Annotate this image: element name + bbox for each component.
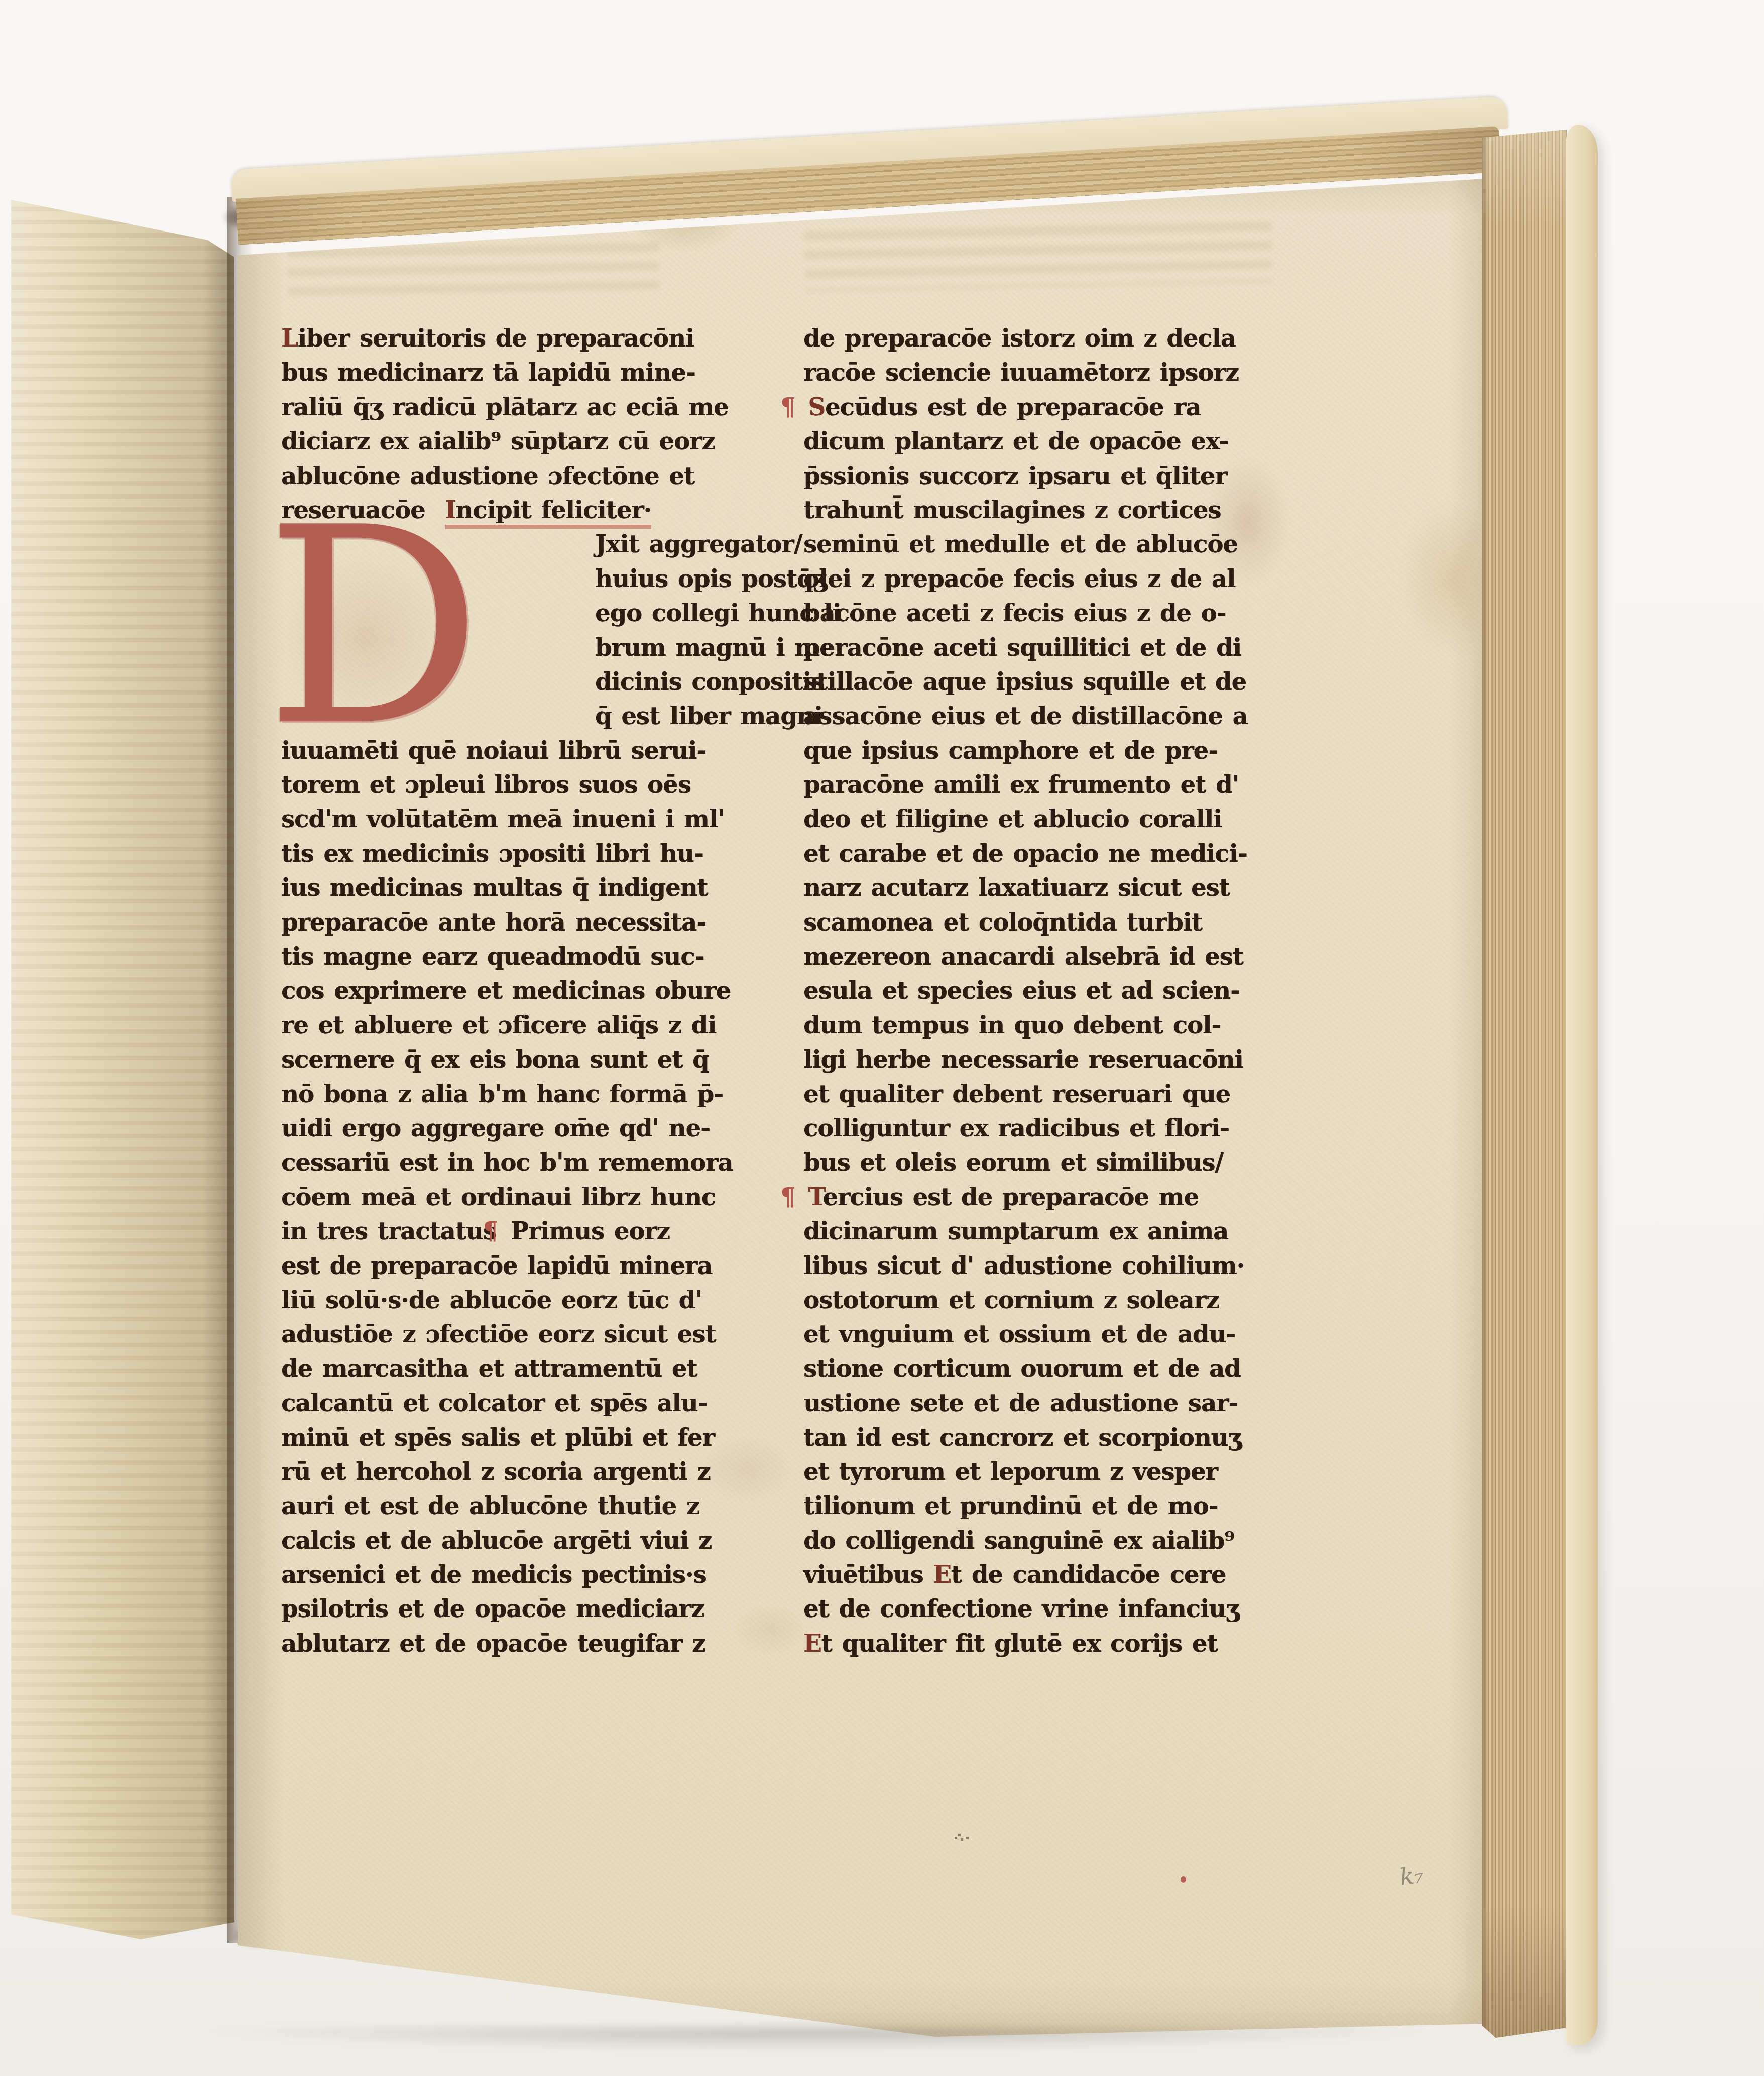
text-line: uidi ergo aggregare om̄e qd' ne-: [281, 1111, 751, 1145]
text-line: diciarz ex aialib⁹ sūptarz cū eorz: [281, 424, 751, 458]
text-line: viuētibus Et de candidacōe cere: [803, 1558, 1273, 1592]
text-line: esula et species eius et ad scien-: [803, 974, 1273, 1008]
text-line: ablutarz et de opacōe teugifar z: [281, 1627, 751, 1661]
book-shadow: [35, 2028, 1597, 2057]
text-line: seminū et medulle et de ablucōe: [803, 527, 1273, 561]
text-column-right: de preparacōe istorz oim z declaracōe sc…: [803, 321, 1273, 1661]
text-line: bacōne aceti z fecis eius z de o-: [803, 596, 1273, 630]
text-line: arsenici et de medicis pectinis·s: [281, 1558, 751, 1592]
text-line: p̄ssionis succorz ipsaru et q̄liter: [803, 459, 1273, 493]
cover-edge: [1566, 125, 1598, 2045]
text-line: ¶ Tercius est de preparacōe me: [803, 1180, 1273, 1214]
text-line: mezereon anacardi alsebrā id est: [803, 940, 1273, 974]
text-line: bus et oleis eorum et similibus/: [803, 1145, 1273, 1180]
text-line: ostotorum et cornium z solearz: [803, 1283, 1273, 1317]
text-line: scernere q̄ ex eis bona sunt et q̄: [281, 1043, 751, 1077]
text-line: stione corticum ouorum et de ad: [803, 1352, 1273, 1386]
text-line: re et abluere et ɔficere aliq̄s z di: [281, 1008, 751, 1043]
text-line: paracōne amili ex frumento et d': [803, 768, 1273, 802]
text-line: stillacōe aque ipsius squille et de: [803, 665, 1273, 699]
text-line: bus medicinarz tā lapidū mine-: [281, 356, 751, 390]
text-line: et tyrorum et leporum z vesper: [803, 1455, 1273, 1489]
text-line: dicinarum sumptarum ex anima: [803, 1214, 1273, 1248]
text-line: Et qualiter fit glutē ex corijs et: [803, 1627, 1273, 1661]
text-line: cos exprimere et medicinas obure: [281, 974, 751, 1008]
text-line: racōe sciencie iuuamētorz ipsorz: [803, 356, 1273, 390]
text-line: tilionum et prundinū et de mo-: [803, 1489, 1273, 1523]
text-line: reseruacōe Incipit feliciter·: [281, 493, 751, 527]
text-line: tan id est cancrorz et scorpionuʒ: [803, 1421, 1273, 1455]
text-line: scamonea et coloq̄ntida turbit: [803, 905, 1273, 940]
text-line: ablucōne adustione ɔfectōne et: [281, 459, 751, 493]
text-line: est de preparacōe lapidū minera: [281, 1249, 751, 1283]
text-line: Jxit aggregator/: [595, 527, 751, 561]
text-line: ius medicinas multas q̄ indigent: [281, 871, 751, 905]
text-line: scd'm volūtatēm meā inueni i ml': [281, 802, 751, 836]
text-line: calcantū et colcator et spēs alu-: [281, 1386, 751, 1420]
text-line: dicum plantarz et de opacōe ex-: [803, 424, 1273, 458]
text-line: brum magnū i me: [595, 631, 751, 665]
text-line: iuuamēti quē noiaui librū serui-: [281, 734, 751, 768]
recto-page: D Liber seruitoris de preparacōnibus med…: [238, 171, 1484, 2037]
text-line: auri et est de ablucōne thutie z: [281, 1489, 751, 1523]
text-line: et carabe et de opacio ne medici-: [803, 837, 1273, 871]
text-line: tis magne earz queadmodū suc-: [281, 940, 751, 974]
text-line: libus sicut d' adustione cohilium·: [803, 1249, 1273, 1283]
text-line: dum tempus in quo debent col-: [803, 1008, 1273, 1043]
text-line: de preparacōe istorz oim z decla: [803, 321, 1273, 356]
text-line: liū solū·s·de ablucōe eorz tūc d': [281, 1283, 751, 1317]
text-column-left: Liber seruitoris de preparacōnibus medic…: [281, 321, 751, 1661]
text-line: ego collegi hunc li: [595, 596, 751, 630]
text-line: q̄ est liber magni: [595, 699, 751, 733]
text-line: dicinis conpositis: [595, 665, 751, 699]
showthrough-ghost-left: [287, 243, 660, 302]
text-line: do colligendi sanguinē ex aialib⁹: [803, 1524, 1273, 1558]
text-line: que ipsius camphore et de pre-: [803, 734, 1273, 768]
left-facing-page: [11, 181, 234, 1951]
text-line: et vnguium et ossium et de adu-: [803, 1317, 1273, 1351]
text-line: ¶ Secūdus est de preparacōe ra: [803, 390, 1273, 424]
text-line: narz acutarz laxatiuarz sicut est: [803, 871, 1273, 905]
text-line: trahunt̄ muscilagines z cortices: [803, 493, 1273, 527]
text-line: ustione sete et de adustione sar-: [803, 1386, 1273, 1420]
text-line: nō bona z alia b'm hanc formā p̄-: [281, 1077, 751, 1111]
showthrough-ghost-right: [804, 222, 1272, 292]
text-line: in tres tractatus ¶ Primus eorz: [281, 1214, 751, 1248]
text-line: cessariū est in hoc b'm rememora: [281, 1145, 751, 1180]
text-line: raliū q̄ʒ radicū plātarz ac eciā me: [281, 390, 751, 424]
text-line: et qualiter debent reseruari que: [803, 1077, 1273, 1111]
text-line: colliguntur ex radicibus et flori-: [803, 1111, 1273, 1145]
text-line: rū et hercohol z scoria argenti z: [281, 1455, 751, 1489]
text-line: calcis et de ablucōe argēti viui z: [281, 1524, 751, 1558]
text-line: peracōne aceti squillitici et de di: [803, 631, 1273, 665]
text-line: tis ex medicinis ɔpositi libri hu-: [281, 837, 751, 871]
text-line: huius opis postq̄ʒ: [595, 562, 751, 596]
text-line: olei z prepacōe fecis eius z de al: [803, 562, 1273, 596]
text-line: assacōne eius et de distillacōne a: [803, 699, 1273, 733]
text-line: deo et filigine et ablucio coralli: [803, 802, 1273, 836]
text-line: adustiōe z ɔfectiōe eorz sicut est: [281, 1317, 751, 1351]
red-speck: [1181, 1876, 1186, 1883]
fore-edge-pages: [1482, 130, 1567, 2038]
text-line: ligi herbe necessarie reseruacōni: [803, 1043, 1273, 1077]
text-line: de marcasitha et attramentū et: [281, 1352, 751, 1386]
text-line: torem et ɔpleui libros suos oēs: [281, 768, 751, 802]
text-line: preparacōe ante horā necessita-: [281, 905, 751, 940]
ink-specks: [955, 1837, 957, 1839]
pencil-mark: k₇: [1398, 1861, 1425, 1890]
text-line: psilotris et de opacōe mediciarz: [281, 1592, 751, 1626]
text-line: Liber seruitoris de preparacōni: [281, 321, 751, 356]
text-line: et de confectione vrine infanciuʒ: [803, 1592, 1273, 1626]
photo-background: { "photo": { "background_color": "#f6f5f…: [0, 0, 1764, 2076]
text-line: minū et spēs salis et plūbi et fer: [281, 1421, 751, 1455]
text-line: cōem meā et ordinaui librz hunc: [281, 1180, 751, 1214]
